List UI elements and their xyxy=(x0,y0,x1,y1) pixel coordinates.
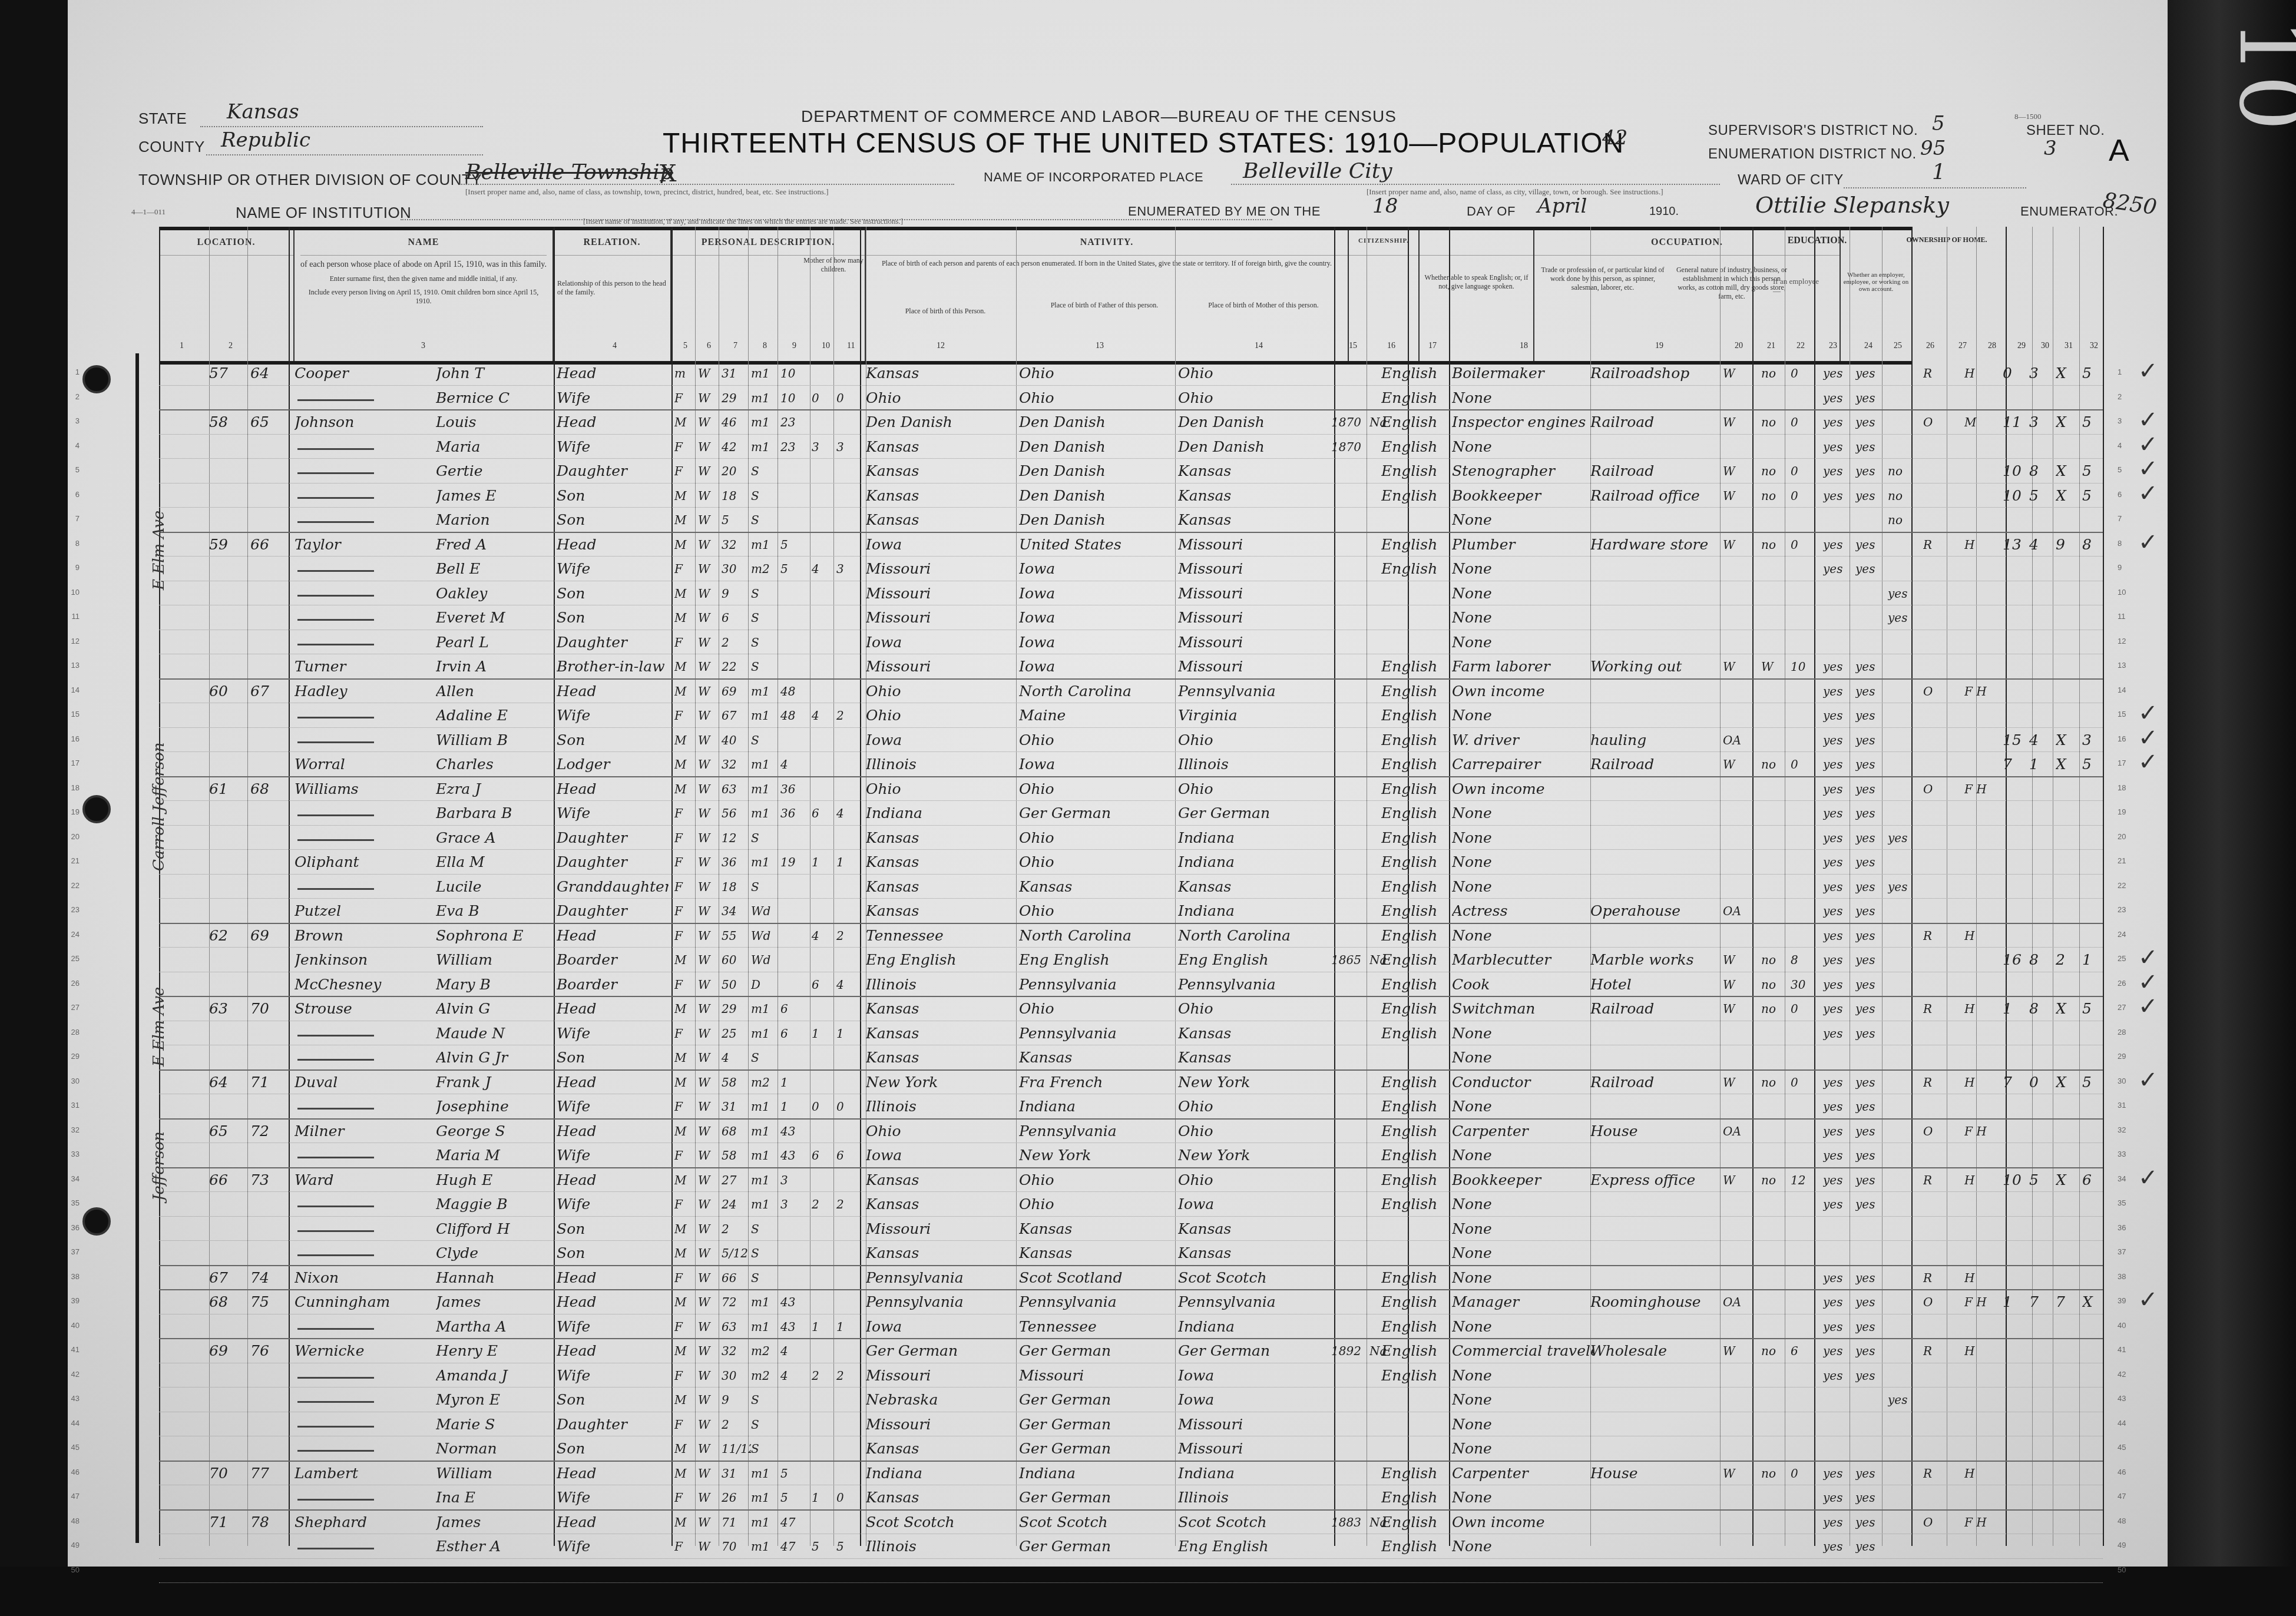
employment-class: OA xyxy=(1723,1292,1749,1313)
farm-house xyxy=(1964,705,1988,726)
employment-class: W xyxy=(1723,1463,1749,1484)
family-number xyxy=(250,436,283,458)
line-number: 35 xyxy=(56,1198,80,1207)
race: W xyxy=(698,485,716,506)
surname xyxy=(295,876,442,898)
children-born: 1 xyxy=(812,1316,829,1337)
industry xyxy=(1590,1267,1720,1289)
dwelling-number xyxy=(209,827,241,849)
education-heading: EDUCATION. xyxy=(1755,236,1879,246)
industry: hauling xyxy=(1590,730,1720,751)
surname xyxy=(295,1365,442,1386)
immigration-year: 1883 xyxy=(1331,1512,1367,1533)
race: W xyxy=(698,827,716,849)
employment-class: W xyxy=(1723,485,1749,506)
language: English xyxy=(1381,461,1446,482)
surname: Taylor xyxy=(295,534,442,555)
birthplace: Illinois xyxy=(866,974,1016,995)
relation: Head xyxy=(557,534,669,555)
attended-school: no xyxy=(1888,509,1911,531)
table-row: 20Grace ADaughterFW12SKansasOhioIndianaE… xyxy=(159,825,2103,850)
col-30: 1 xyxy=(2029,754,2047,775)
col-30 xyxy=(2029,900,2047,922)
can-write: yes xyxy=(1855,1463,1879,1484)
out-of-work xyxy=(1761,1487,1785,1508)
owned-rented xyxy=(1923,974,1941,995)
race: W xyxy=(698,607,716,628)
family-number xyxy=(250,1438,283,1459)
county-underline xyxy=(206,154,483,155)
dwelling-number xyxy=(209,583,241,604)
col-30 xyxy=(2029,681,2047,702)
owned-rented xyxy=(1923,1561,1941,1582)
can-read: yes xyxy=(1823,730,1847,751)
language: English xyxy=(1381,754,1446,775)
dwelling-number xyxy=(209,1487,241,1508)
given-name: James xyxy=(436,1292,571,1313)
given-name: Barbara B xyxy=(436,803,571,824)
weeks-out xyxy=(1791,1096,1814,1117)
immigration-year xyxy=(1331,754,1367,775)
years-married xyxy=(780,1047,807,1068)
marital-status: S xyxy=(751,1438,778,1459)
family-number xyxy=(250,1316,283,1337)
language: English xyxy=(1381,998,1446,1019)
can-write: yes xyxy=(1855,1145,1879,1166)
years-married: 3 xyxy=(780,1194,807,1215)
farm-house: H xyxy=(1964,1340,1988,1362)
birthplace: Iowa xyxy=(866,632,1016,653)
birthplace: Pennsylvania xyxy=(866,1292,1016,1313)
col-31 xyxy=(2056,583,2073,604)
industry xyxy=(1590,1096,1720,1117)
col-30 xyxy=(2029,558,2047,579)
attended-school xyxy=(1888,436,1911,458)
employment-class xyxy=(1723,803,1749,824)
trade: Boilermaker xyxy=(1452,363,1593,384)
dwelling-number xyxy=(209,1414,241,1435)
surname xyxy=(295,1047,442,1068)
age: 70 xyxy=(722,1536,751,1557)
race: W xyxy=(698,876,716,898)
weeks-out xyxy=(1791,705,1814,726)
table-row: 16William BSonMW40SIowaOhioOhioEnglishW.… xyxy=(159,727,2103,753)
father-birthplace: Kansas xyxy=(1019,1047,1169,1068)
sex: M xyxy=(674,1121,692,1142)
marital-status: m1 xyxy=(751,1145,778,1166)
trade: None xyxy=(1452,1438,1593,1459)
mother-birthplace: Pennsylvania xyxy=(1178,1292,1328,1313)
col-29 xyxy=(2003,1267,2026,1289)
surname: Cooper xyxy=(295,363,442,384)
age: 20 xyxy=(722,461,751,482)
industry xyxy=(1590,1047,1720,1068)
can-read xyxy=(1823,1414,1847,1435)
weeks-out xyxy=(1791,900,1814,922)
mother-birthplace: Missouri xyxy=(1178,607,1328,628)
mother-birthplace: Indiana xyxy=(1178,1316,1328,1337)
birthplace: Kansas xyxy=(866,900,1016,922)
col-30: 4 xyxy=(2029,730,2047,751)
can-write: yes xyxy=(1855,1487,1879,1508)
mother-birthplace: Den Danish xyxy=(1178,436,1328,458)
relation: Head xyxy=(557,998,669,1019)
children-born xyxy=(812,900,829,922)
relation: Son xyxy=(557,485,669,506)
employment-class xyxy=(1723,509,1749,531)
given-name: Maria xyxy=(436,436,571,458)
col-30 xyxy=(2029,436,2047,458)
marital-status: S xyxy=(751,827,778,849)
language: English xyxy=(1381,876,1446,898)
relation: Son xyxy=(557,607,669,628)
can-read: yes xyxy=(1823,558,1847,579)
mother-birthplace: Virginia xyxy=(1178,705,1328,726)
father-birthplace: Ohio xyxy=(1019,363,1169,384)
farm-house xyxy=(1964,1536,1988,1557)
surname: Worral xyxy=(295,754,442,775)
marital-status: Wd xyxy=(751,925,778,946)
col-29 xyxy=(2003,1414,2026,1435)
right-line-number: 33 xyxy=(2118,1150,2135,1158)
col-31 xyxy=(2056,509,2073,531)
children-living xyxy=(836,998,854,1019)
children-born xyxy=(812,461,829,482)
can-write: yes xyxy=(1855,436,1879,458)
immigration-year xyxy=(1331,1463,1367,1484)
given-name: James xyxy=(436,1512,571,1533)
surname xyxy=(295,1096,442,1117)
sex: M xyxy=(674,1512,692,1533)
farm-house xyxy=(1964,436,1988,458)
immigration-year xyxy=(1331,974,1367,995)
farm-house xyxy=(1964,1145,1988,1166)
col-29 xyxy=(2003,1340,2026,1362)
language: English xyxy=(1381,803,1446,824)
immigration-year xyxy=(1331,485,1367,506)
line-number: 46 xyxy=(56,1468,80,1476)
can-read: yes xyxy=(1823,534,1847,555)
attended-school xyxy=(1888,1463,1911,1484)
trade: None xyxy=(1452,1365,1593,1386)
father-birthplace: Iowa xyxy=(1019,656,1169,677)
out-of-work: W xyxy=(1761,656,1785,677)
can-read xyxy=(1823,1218,1847,1240)
race: W xyxy=(698,534,716,555)
line-number: 20 xyxy=(56,832,80,841)
race: W xyxy=(698,1487,716,1508)
line-number: 28 xyxy=(56,1028,80,1037)
col-30 xyxy=(2029,1194,2047,1215)
can-read: yes xyxy=(1823,1340,1847,1362)
out-of-work xyxy=(1761,681,1785,702)
children-born: 1 xyxy=(812,1487,829,1508)
given-name: Charles xyxy=(436,754,571,775)
language xyxy=(1381,1414,1446,1435)
father-birthplace: Tennessee xyxy=(1019,1316,1169,1337)
sex: M xyxy=(674,1389,692,1410)
right-line-number: 20 xyxy=(2118,832,2135,841)
family-number: 65 xyxy=(250,412,283,433)
given-name: Mary B xyxy=(436,974,571,995)
col-29: 16 xyxy=(2003,949,2026,971)
marital-status: S xyxy=(751,1389,778,1410)
trade: None xyxy=(1452,925,1593,946)
column-number: 22 xyxy=(1797,342,1805,351)
family-number xyxy=(250,388,283,409)
farm-house: H xyxy=(1964,1072,1988,1093)
industry xyxy=(1590,607,1720,628)
immigration-year xyxy=(1331,1292,1367,1313)
father-birthplace: Ohio xyxy=(1019,730,1169,751)
col-32 xyxy=(2082,632,2100,653)
language: English xyxy=(1381,436,1446,458)
farm-house: F H xyxy=(1964,681,1988,702)
relation: Granddaughter xyxy=(557,876,669,898)
dwelling-number xyxy=(209,1145,241,1166)
weeks-out: 30 xyxy=(1791,974,1814,995)
children-born xyxy=(812,412,829,433)
age: 18 xyxy=(722,876,751,898)
column-rule xyxy=(2103,227,2104,1546)
age: 30 xyxy=(722,1365,751,1386)
column-number: 8 xyxy=(763,342,767,351)
relation: Wife xyxy=(557,1487,669,1508)
table-row: 13TurnerIrvin ABrother-in-lawMW22SMissou… xyxy=(159,654,2103,680)
can-write: yes xyxy=(1855,876,1879,898)
birthplace: Ohio xyxy=(866,681,1016,702)
mother-birthplace: Ohio xyxy=(1178,998,1328,1019)
race: W xyxy=(698,1072,716,1093)
father-birthplace: Ohio xyxy=(1019,388,1169,409)
can-write xyxy=(1855,509,1879,531)
children-living: 4 xyxy=(836,974,854,995)
can-read: yes xyxy=(1823,949,1847,971)
trade: Own income xyxy=(1452,681,1593,702)
line-number: 25 xyxy=(56,954,80,963)
can-write xyxy=(1855,1561,1879,1582)
col-32 xyxy=(2082,1194,2100,1215)
language: English xyxy=(1381,485,1446,506)
children-living xyxy=(836,534,854,555)
trade: None xyxy=(1452,436,1593,458)
farm-house xyxy=(1964,1414,1988,1435)
employment-class xyxy=(1723,1047,1749,1068)
given-name: Maggie B xyxy=(436,1194,571,1215)
line-number: 32 xyxy=(56,1125,80,1134)
line-number: 41 xyxy=(56,1345,80,1354)
trade: None xyxy=(1452,1536,1593,1557)
table-row: 386774NixonHannahHeadFW66SPennsylvaniaSc… xyxy=(159,1265,2103,1291)
trade: Manager xyxy=(1452,1292,1593,1313)
film-frame-number: 10 xyxy=(2219,19,2296,131)
employment-class xyxy=(1723,558,1749,579)
col-30 xyxy=(2029,1438,2047,1459)
col-29: 13 xyxy=(2003,534,2026,555)
col-30: 3 xyxy=(2029,412,2047,433)
children-living xyxy=(836,681,854,702)
can-write: yes xyxy=(1855,461,1879,482)
dwelling-number xyxy=(209,1194,241,1215)
col-32 xyxy=(2082,1536,2100,1557)
sex: F xyxy=(674,1145,692,1166)
industry: Working out xyxy=(1590,656,1720,677)
farm-house: H xyxy=(1964,363,1988,384)
age: 30 xyxy=(722,558,751,579)
age: 26 xyxy=(722,1487,751,1508)
col-32 xyxy=(2082,974,2100,995)
attended-school xyxy=(1888,949,1911,971)
weeks-out xyxy=(1791,583,1814,604)
years-married: 43 xyxy=(780,1316,807,1337)
father-birthplace: Missouri xyxy=(1019,1365,1169,1386)
county-value: Republic xyxy=(221,128,310,152)
years-married: 10 xyxy=(780,388,807,409)
children-living: 2 xyxy=(836,925,854,946)
weeks-out xyxy=(1791,1023,1814,1044)
table-row: 306471DuvalFrank JHeadMW58m21New YorkFra… xyxy=(159,1069,2103,1095)
father-birthplace: Ohio xyxy=(1019,998,1169,1019)
industry xyxy=(1590,436,1720,458)
weeks-out xyxy=(1791,1414,1814,1435)
right-line-number: 30 xyxy=(2118,1077,2135,1085)
mother-birthplace: Indiana xyxy=(1178,1463,1328,1484)
weeks-out xyxy=(1791,1561,1814,1582)
line-number: 14 xyxy=(56,686,80,694)
employment-class xyxy=(1723,607,1749,628)
col-29: 11 xyxy=(2003,412,2026,433)
form-code: 8—1500 xyxy=(2014,112,2042,121)
line-number: 26 xyxy=(56,979,80,988)
col-30: 0 xyxy=(2029,1072,2047,1093)
children-living: 2 xyxy=(836,1194,854,1215)
years-married xyxy=(780,1218,807,1240)
line-number: 43 xyxy=(56,1394,80,1403)
out-of-work xyxy=(1761,1292,1785,1313)
enumeration-month: April xyxy=(1537,194,1587,218)
children-born: 6 xyxy=(812,803,829,824)
weeks-out xyxy=(1791,558,1814,579)
can-read: yes xyxy=(1823,974,1847,995)
owned-rented xyxy=(1923,827,1941,849)
dwelling-number: 64 xyxy=(209,1072,241,1093)
employment-class xyxy=(1723,388,1749,409)
out-of-work xyxy=(1761,803,1785,824)
table-row: 37ClydeSonMW5/12SKansasKansasKansasNone3… xyxy=(159,1240,2103,1266)
race: W xyxy=(698,1243,716,1264)
attended-school xyxy=(1888,681,1911,702)
column-number: 21 xyxy=(1767,342,1775,351)
given-name: Eva B xyxy=(436,900,571,922)
marital-status: m1 xyxy=(751,1536,778,1557)
given-name: Maude N xyxy=(436,1023,571,1044)
table-row: 17WorralCharlesLodgerMW32m14IllinoisIowa… xyxy=(159,751,2103,777)
sex: M xyxy=(674,607,692,628)
dwelling-number: 71 xyxy=(209,1512,241,1533)
age: 72 xyxy=(722,1292,751,1313)
dwelling-number: 66 xyxy=(209,1170,241,1191)
family-number xyxy=(250,656,283,677)
col-32 xyxy=(2082,436,2100,458)
mother-birthplace: Ohio xyxy=(1178,1170,1328,1191)
can-write: yes xyxy=(1855,1023,1879,1044)
race: W xyxy=(698,1340,716,1362)
sex: F xyxy=(674,1365,692,1386)
col-31 xyxy=(2056,779,2073,800)
marital-status: D xyxy=(751,974,778,995)
given-name: Louis xyxy=(436,412,571,433)
employment-class: W xyxy=(1723,1072,1749,1093)
years-married: 43 xyxy=(780,1145,807,1166)
owned-rented xyxy=(1923,754,1941,775)
trade: Conductor xyxy=(1452,1072,1593,1093)
relation: Head xyxy=(557,925,669,946)
children-living: 5 xyxy=(836,1536,854,1557)
industry: Railroad xyxy=(1590,412,1720,433)
immigration-year xyxy=(1331,1096,1367,1117)
children-living xyxy=(836,1218,854,1240)
family-number: 72 xyxy=(250,1121,283,1142)
trade: Stenographer xyxy=(1452,461,1593,482)
given-name: Maria M xyxy=(436,1145,571,1166)
attended-school xyxy=(1888,388,1911,409)
owned-rented xyxy=(1923,436,1941,458)
immigration-year xyxy=(1331,827,1367,849)
age xyxy=(722,1561,751,1582)
birthplace: Illinois xyxy=(866,1096,1016,1117)
col-30 xyxy=(2029,1389,2047,1410)
table-row: 85966TaylorFred AHeadMW32m15IowaUnited S… xyxy=(159,532,2103,557)
col-31: X xyxy=(2056,485,2073,506)
col-29 xyxy=(2003,1316,2026,1337)
col-31 xyxy=(2056,852,2073,873)
attended-school xyxy=(1888,363,1911,384)
can-read: yes xyxy=(1823,779,1847,800)
trade: None xyxy=(1452,1047,1593,1068)
attended-school xyxy=(1888,1340,1911,1362)
age: 32 xyxy=(722,754,751,775)
out-of-work xyxy=(1761,1267,1785,1289)
can-read: yes xyxy=(1823,656,1847,677)
table-row: 487178ShephardJamesHeadMW71m147Scot Scot… xyxy=(159,1509,2103,1535)
family-number xyxy=(250,1365,283,1386)
attended-school xyxy=(1888,974,1911,995)
language: English xyxy=(1381,1194,1446,1215)
trade xyxy=(1452,1561,1593,1582)
family-number xyxy=(250,1096,283,1117)
birthplace: Iowa xyxy=(866,1145,1016,1166)
marital-status: m1 xyxy=(751,998,778,1019)
col-31: X xyxy=(2056,754,2073,775)
given-name: Josephine xyxy=(436,1096,571,1117)
mother-birthplace: Kansas xyxy=(1178,1047,1328,1068)
children-born xyxy=(812,656,829,677)
can-read: yes xyxy=(1823,412,1847,433)
col-32 xyxy=(2082,681,2100,702)
col-31 xyxy=(2056,876,2073,898)
right-line-number: 37 xyxy=(2118,1247,2135,1256)
farm-house: F H xyxy=(1964,1292,1988,1313)
can-read: yes xyxy=(1823,925,1847,946)
column-number: 24 xyxy=(1864,342,1872,351)
ward-value: 1 xyxy=(1932,160,1946,184)
years-married xyxy=(780,656,807,677)
race: W xyxy=(698,925,716,946)
marital-status: m2 xyxy=(751,1340,778,1362)
dwelling-number xyxy=(209,509,241,531)
relation: Head xyxy=(557,1463,669,1484)
column-number: 29 xyxy=(2017,342,2026,351)
